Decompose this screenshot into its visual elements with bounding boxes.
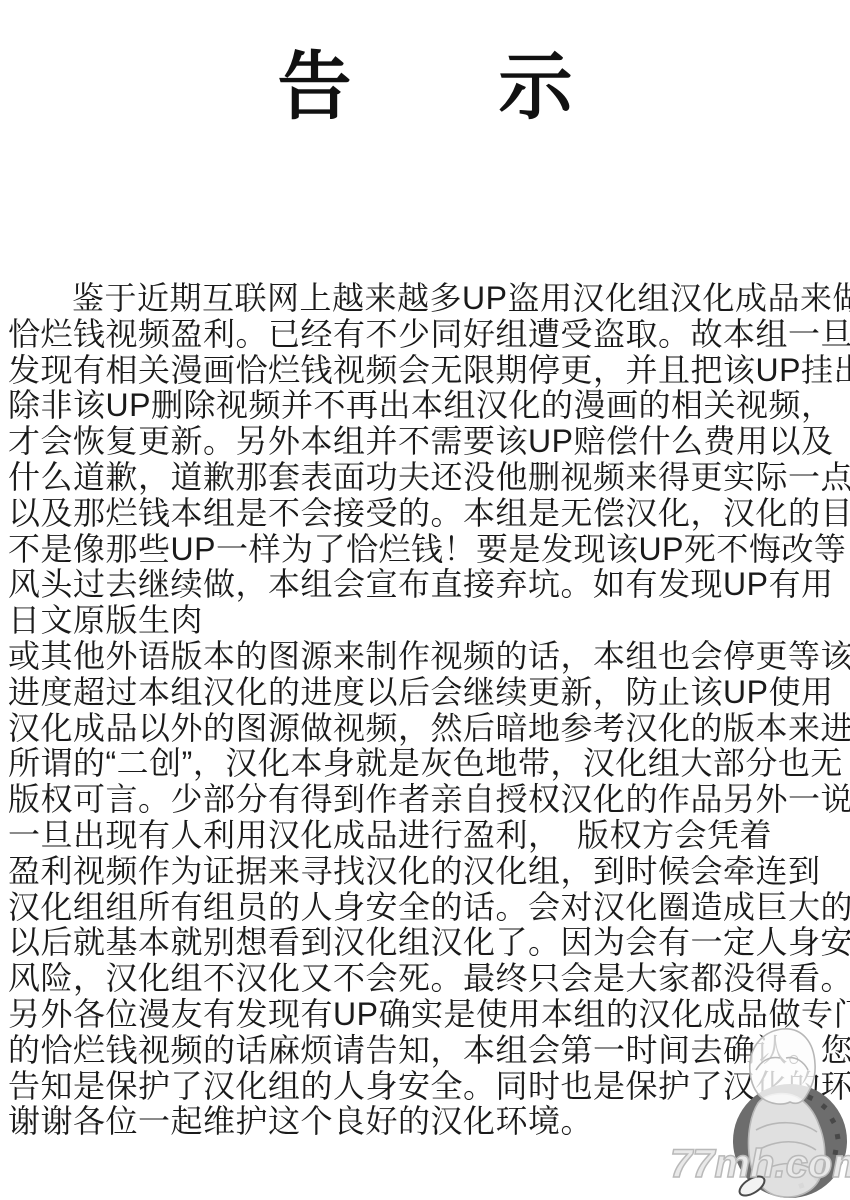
notice-line: 汉化组组所有组员的人身安全的话。会对汉化圈造成巨大的影响， [8, 890, 846, 926]
notice-line: 鉴于近期互联网上越来越多UP盗用汉化组汉化成品来做相关 [8, 281, 846, 317]
notice-line: 才会恢复更新。另外本组并不需要该UP赔偿什么费用以及 [8, 424, 846, 460]
title-char-2: 示 [499, 50, 573, 124]
notice-line: 所谓的“二创”，汉化本身就是灰色地带，汉化组大部分也无 [8, 746, 846, 782]
notice-line: 以及那烂钱本组是不会接受的。本组是无偿汉化，汉化的目的 [8, 496, 846, 532]
notice-line: 恰烂钱视频盈利。已经有不少同好组遭受盗取。故本组一旦 [8, 317, 846, 353]
notice-line: 以后就基本就别想看到汉化组汉化了。因为会有一定人身安全的 [8, 925, 846, 961]
page-title: 告 示 [0, 50, 850, 124]
notice-line: 日文原版生肉 [8, 603, 846, 639]
notice-line: 或其他外语版本的图源来制作视频的话，本组也会停更等该UP的 [8, 639, 846, 675]
notice-line: 版权可言。少部分有得到作者亲自授权汉化的作品另外一说， [8, 782, 846, 818]
notice-line: 什么道歉，道歉那套表面功夫还没他删视频来得更实际一点。 [8, 460, 846, 496]
notice-line: 汉化成品以外的图源做视频，然后暗地参考汉化的版本来进行 [8, 711, 846, 747]
notice-line: 发现有相关漫画恰烂钱视频会无限期停更，并且把该UP挂出来， [8, 353, 846, 389]
notice-line: 盈利视频作为证据来寻找汉化的汉化组，到时候会牵连到 [8, 854, 846, 890]
notice-page: 告 示 鉴于近期互联网上越来越多UP盗用汉化组汉化成品来做相关 恰烂钱视频盈利。… [0, 0, 850, 1200]
title-char-1: 告 [278, 50, 352, 124]
notice-line: 进度超过本组汉化的进度以后会继续更新，防止该UP使用 [8, 675, 846, 711]
notice-line: 一旦出现有人利用汉化成品进行盈利， 版权方会凭着 [8, 818, 846, 854]
notice-line: 除非该UP删除视频并不再出本组汉化的漫画的相关视频， [8, 388, 846, 424]
watermark-logo: 77mh.com [670, 1142, 850, 1187]
notice-line: 风头过去继续做，本组会宣布直接弃坑。如有发现UP有用 [8, 567, 846, 603]
notice-line: 风险，汉化组不汉化又不会死。最终只会是大家都没得看。 [8, 961, 846, 997]
notice-line: 不是像那些UP一样为了恰烂钱！要是发现该UP死不悔改等 [8, 532, 846, 568]
